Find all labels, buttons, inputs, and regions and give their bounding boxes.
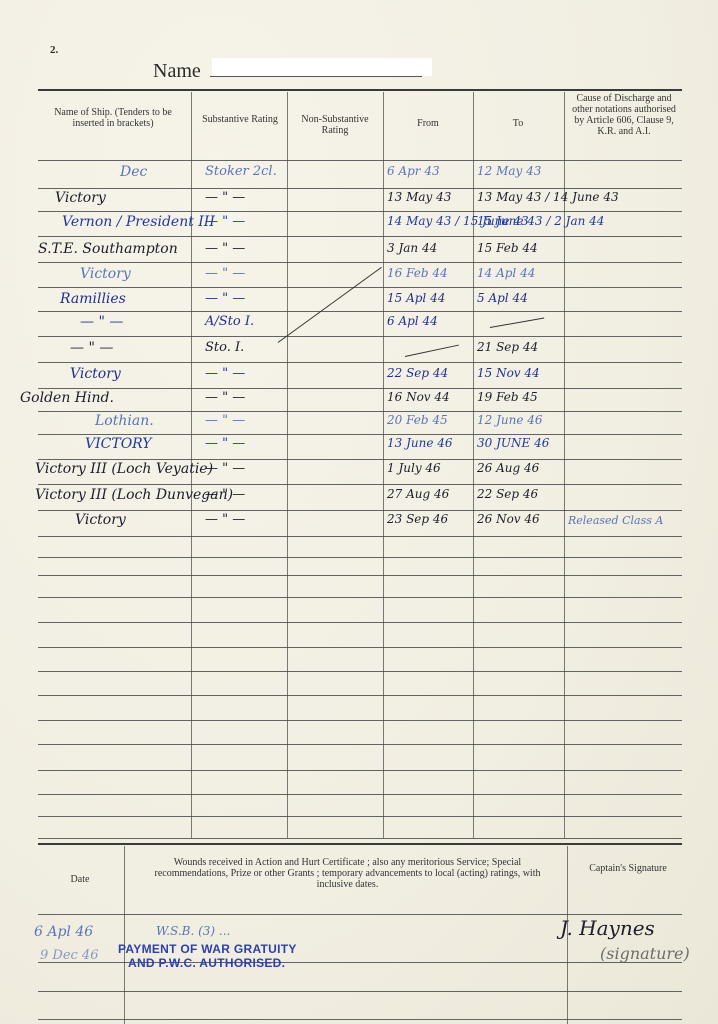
table-row-line: [38, 536, 682, 537]
ship-name-cell: Victory III (Loch Dunvegan): [35, 487, 233, 503]
table-row-line: [38, 362, 682, 363]
col-header-from: From: [384, 118, 472, 129]
lower-header-remarks: Wounds received in Action and Hurt Certi…: [150, 857, 545, 890]
lower-entry-date: 9 Dec 46: [40, 948, 98, 963]
from-date-cell: 22 Sep 44: [387, 366, 448, 380]
table-row-line: [38, 647, 682, 648]
table-row-line: [38, 622, 682, 623]
from-date-cell: 16 Feb 44: [387, 266, 448, 280]
stamp-line: AND P.W.C. AUTHORISED.: [118, 956, 297, 970]
from-date-cell: 27 Aug 46: [387, 487, 449, 501]
to-date-cell: 15 Feb 44: [477, 241, 538, 255]
substantive-rating-cell: — " —: [205, 366, 245, 381]
from-date-cell: 23 Sep 46: [387, 512, 448, 526]
table-row-line: [38, 160, 682, 161]
table-row-line: [38, 744, 682, 745]
ship-name-cell: Victory III (Loch Veyatie): [35, 461, 213, 477]
to-date-cell: 26 Nov 46: [477, 512, 540, 526]
name-redaction: [212, 58, 432, 76]
table-row-line: [38, 794, 682, 795]
table-row-line: [38, 484, 682, 485]
substantive-rating-cell: — " —: [205, 436, 245, 451]
substantive-rating-cell: — " —: [205, 214, 245, 229]
ship-name-cell: Victory: [55, 190, 106, 206]
captain-signature: J. Haynes: [560, 916, 655, 940]
from-date-cell: 6 Apl 44: [387, 314, 438, 328]
substantive-rating-cell: — " —: [205, 390, 245, 405]
col-header-non-substantive: Non-Substantive Rating: [289, 114, 381, 136]
lower-header-date: Date: [40, 874, 120, 885]
ship-name-cell: Golden Hind.: [20, 390, 114, 406]
table-row-line: [38, 695, 682, 696]
table-row-line: [38, 311, 682, 312]
to-date-cell: 21 Sep 44: [477, 340, 538, 354]
table-row-line: [38, 816, 682, 817]
to-date-cell: 13 May 43 / 14 June 43: [477, 190, 619, 204]
lower-row-line: [38, 991, 682, 992]
to-date-cell: 15 June 43 / 2 Jan 44: [477, 214, 604, 228]
to-date-cell: 5 Apl 44: [477, 291, 528, 305]
discharge-notation-cell: Released Class A: [568, 514, 663, 527]
ship-name-cell: Lothian.: [95, 413, 154, 429]
from-date-cell: 3 Jan 44: [387, 241, 437, 255]
to-date-cell: 30 JUNE 46: [477, 436, 549, 450]
substantive-rating-cell: — " —: [205, 487, 245, 502]
table-row-line: [38, 557, 682, 558]
lower-row-line: [38, 1019, 682, 1020]
lower-header-signature: Captain's Signature: [588, 855, 668, 883]
from-date-cell: 15 Apl 44: [387, 291, 445, 305]
col-divider: [473, 92, 474, 838]
lower-col-divider: [124, 846, 125, 1024]
to-date-cell: 12 May 43: [477, 164, 541, 178]
table-row-line: [38, 459, 682, 460]
col-header-discharge: Cause of Discharge and other notations a…: [566, 93, 682, 137]
name-underline: [210, 76, 422, 77]
to-date-cell: 19 Feb 45: [477, 390, 538, 404]
header-top-rule: [38, 89, 682, 91]
to-date-cell: 26 Aug 46: [477, 461, 539, 475]
lower-section-rule: [38, 843, 682, 845]
substantive-rating-cell: — " —: [205, 266, 245, 281]
table-row-line: [38, 770, 682, 771]
table-row-line: [38, 575, 682, 576]
table-row-line: [38, 262, 682, 263]
name-label: Name: [153, 60, 201, 83]
captain-signature: (signature): [600, 944, 690, 963]
substantive-rating-cell: — " —: [205, 461, 245, 476]
table-row-line: [38, 388, 682, 389]
lower-entry-remarks: W.S.B. (3) ...: [156, 924, 230, 938]
col-header-ship: Name of Ship. (Tenders to be inserted in…: [42, 107, 184, 129]
ship-name-cell: Dec: [120, 164, 147, 180]
col-header-substantive: Substantive Rating: [196, 114, 284, 125]
table-row-line: [38, 510, 682, 511]
ship-name-cell: Victory: [70, 366, 121, 382]
substantive-rating-cell: Sto. I.: [205, 340, 244, 355]
from-date-cell: 13 June 46: [387, 436, 453, 450]
ship-name-cell: — " —: [70, 340, 113, 356]
ship-name-cell: S.T.E. Southampton: [38, 241, 178, 257]
table-row-line: [38, 236, 682, 237]
ship-name-cell: Victory: [75, 512, 126, 528]
to-date-cell: 22 Sep 46: [477, 487, 538, 501]
substantive-rating-cell: A/Sto I.: [205, 314, 254, 329]
ship-name-cell: Vernon / President III: [62, 214, 215, 230]
table-row-line: [38, 720, 682, 721]
from-date-cell: 13 May 43: [387, 190, 451, 204]
table-row-line: [38, 188, 682, 189]
from-date-cell: 6 Apr 43: [387, 164, 440, 178]
ship-name-cell: Victory: [80, 266, 131, 282]
substantive-rating-cell: — " —: [205, 190, 245, 205]
table-row-line: [38, 671, 682, 672]
page-number: 2.: [50, 44, 58, 56]
to-date-cell: 15 Nov 44: [477, 366, 540, 380]
table-row-line: [38, 434, 682, 435]
lower-entry-date: 6 Apl 46: [34, 924, 93, 940]
substantive-rating-cell: — " —: [205, 512, 245, 527]
table-row-line: [38, 411, 682, 412]
to-date-cell: 14 Apl 44: [477, 266, 535, 280]
substantive-rating-cell: Stoker 2cl.: [205, 164, 277, 179]
from-date-cell: 16 Nov 44: [387, 390, 450, 404]
table-row-line: [38, 597, 682, 598]
to-date-cell: 12 June 46: [477, 413, 543, 427]
stamp-line: PAYMENT OF WAR GRATUITY: [118, 942, 297, 956]
col-header-to: To: [474, 118, 562, 129]
substantive-rating-cell: — " —: [205, 291, 245, 306]
gratuity-stamp: PAYMENT OF WAR GRATUITY AND P.W.C. AUTHO…: [118, 942, 297, 970]
lower-row-line: [38, 914, 682, 915]
ship-name-cell: Ramillies: [60, 291, 126, 307]
table-row-line: [38, 336, 682, 337]
col-divider: [287, 92, 288, 838]
table-row-line: [38, 211, 682, 212]
table-row-line: [38, 287, 682, 288]
table-row-line: [38, 838, 682, 839]
ship-name-cell: VICTORY: [85, 436, 152, 452]
ship-name-cell: — " —: [80, 314, 123, 330]
col-divider: [383, 92, 384, 838]
from-date-cell: 1 July 46: [387, 461, 441, 475]
from-date-cell: 20 Feb 45: [387, 413, 448, 427]
substantive-rating-cell: — " —: [205, 413, 245, 428]
substantive-rating-cell: — " —: [205, 241, 245, 256]
